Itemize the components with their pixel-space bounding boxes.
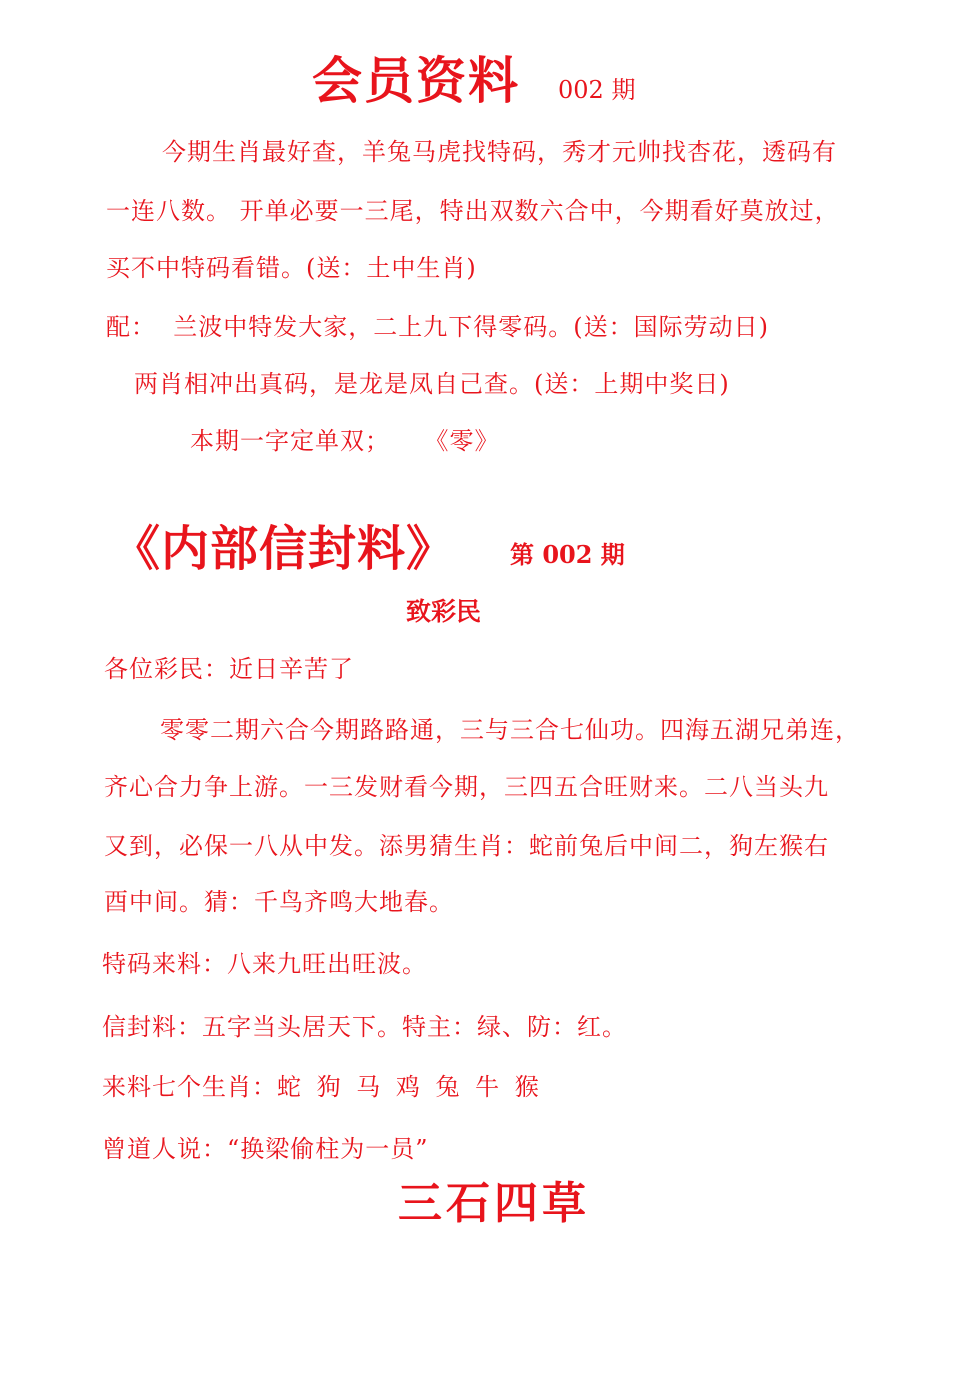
member-info-line-4: 配： 兰波中特发大家，二上九下得零码。(送：国际劳动日) xyxy=(106,311,769,343)
member-info-issue: 002 期 xyxy=(558,74,635,106)
zodiac-line: 来料七个生肖：蛇 狗 马 鸡 兔 牛 猴 xyxy=(102,1071,540,1103)
poem-line-3: 又到，必保一八从中发。添男猜生肖：蛇前兔后中间二，狗左猴右 xyxy=(104,830,829,862)
quote-line: 曾道人说：“换梁偷柱为一员” xyxy=(102,1133,429,1165)
xinfeng-line: 信封料：五字当头居天下。特主：绿、防：红。 xyxy=(102,1011,627,1043)
envelope-title: 《内部信封料》 xyxy=(112,518,455,580)
greeting-heading: 致彩民 xyxy=(406,595,481,629)
member-info-line-5: 两肖相冲出真码，是龙是凤自己查。(送：上期中奖日) xyxy=(134,368,730,400)
salutation: 各位彩民：近日辛苦了 xyxy=(104,653,354,685)
member-info-line-6: 本期一字定单双； 《零》 xyxy=(190,425,500,457)
tema-line: 特码来料：八来九旺出旺波。 xyxy=(102,948,427,980)
footer-slogan: 三石四草 xyxy=(398,1175,590,1233)
poem-line-4: 酉中间。猜：千鸟齐鸣大地春。 xyxy=(104,886,454,918)
member-info-line-1: 今期生肖最好查，羊兔马虎找特码，秀才元帅找杏花，透码有 xyxy=(162,136,837,168)
member-info-line-2: 一连八数。 开单必要一三尾，特出双数六合中，今期看好莫放过， xyxy=(106,195,840,227)
poem-line-2: 齐心合力争上游。一三发财看今期，三四五合旺财来。二八当头九 xyxy=(104,771,829,803)
envelope-issue: 第 002 期 xyxy=(510,539,625,571)
member-info-line-3: 买不中特码看错。(送：土中生肖) xyxy=(106,252,477,284)
member-info-title: 会员资料 xyxy=(312,50,520,112)
poem-line-1: 零零二期六合今期路路通，三与三合七仙功。四海五湖兄弟连， xyxy=(160,714,860,746)
